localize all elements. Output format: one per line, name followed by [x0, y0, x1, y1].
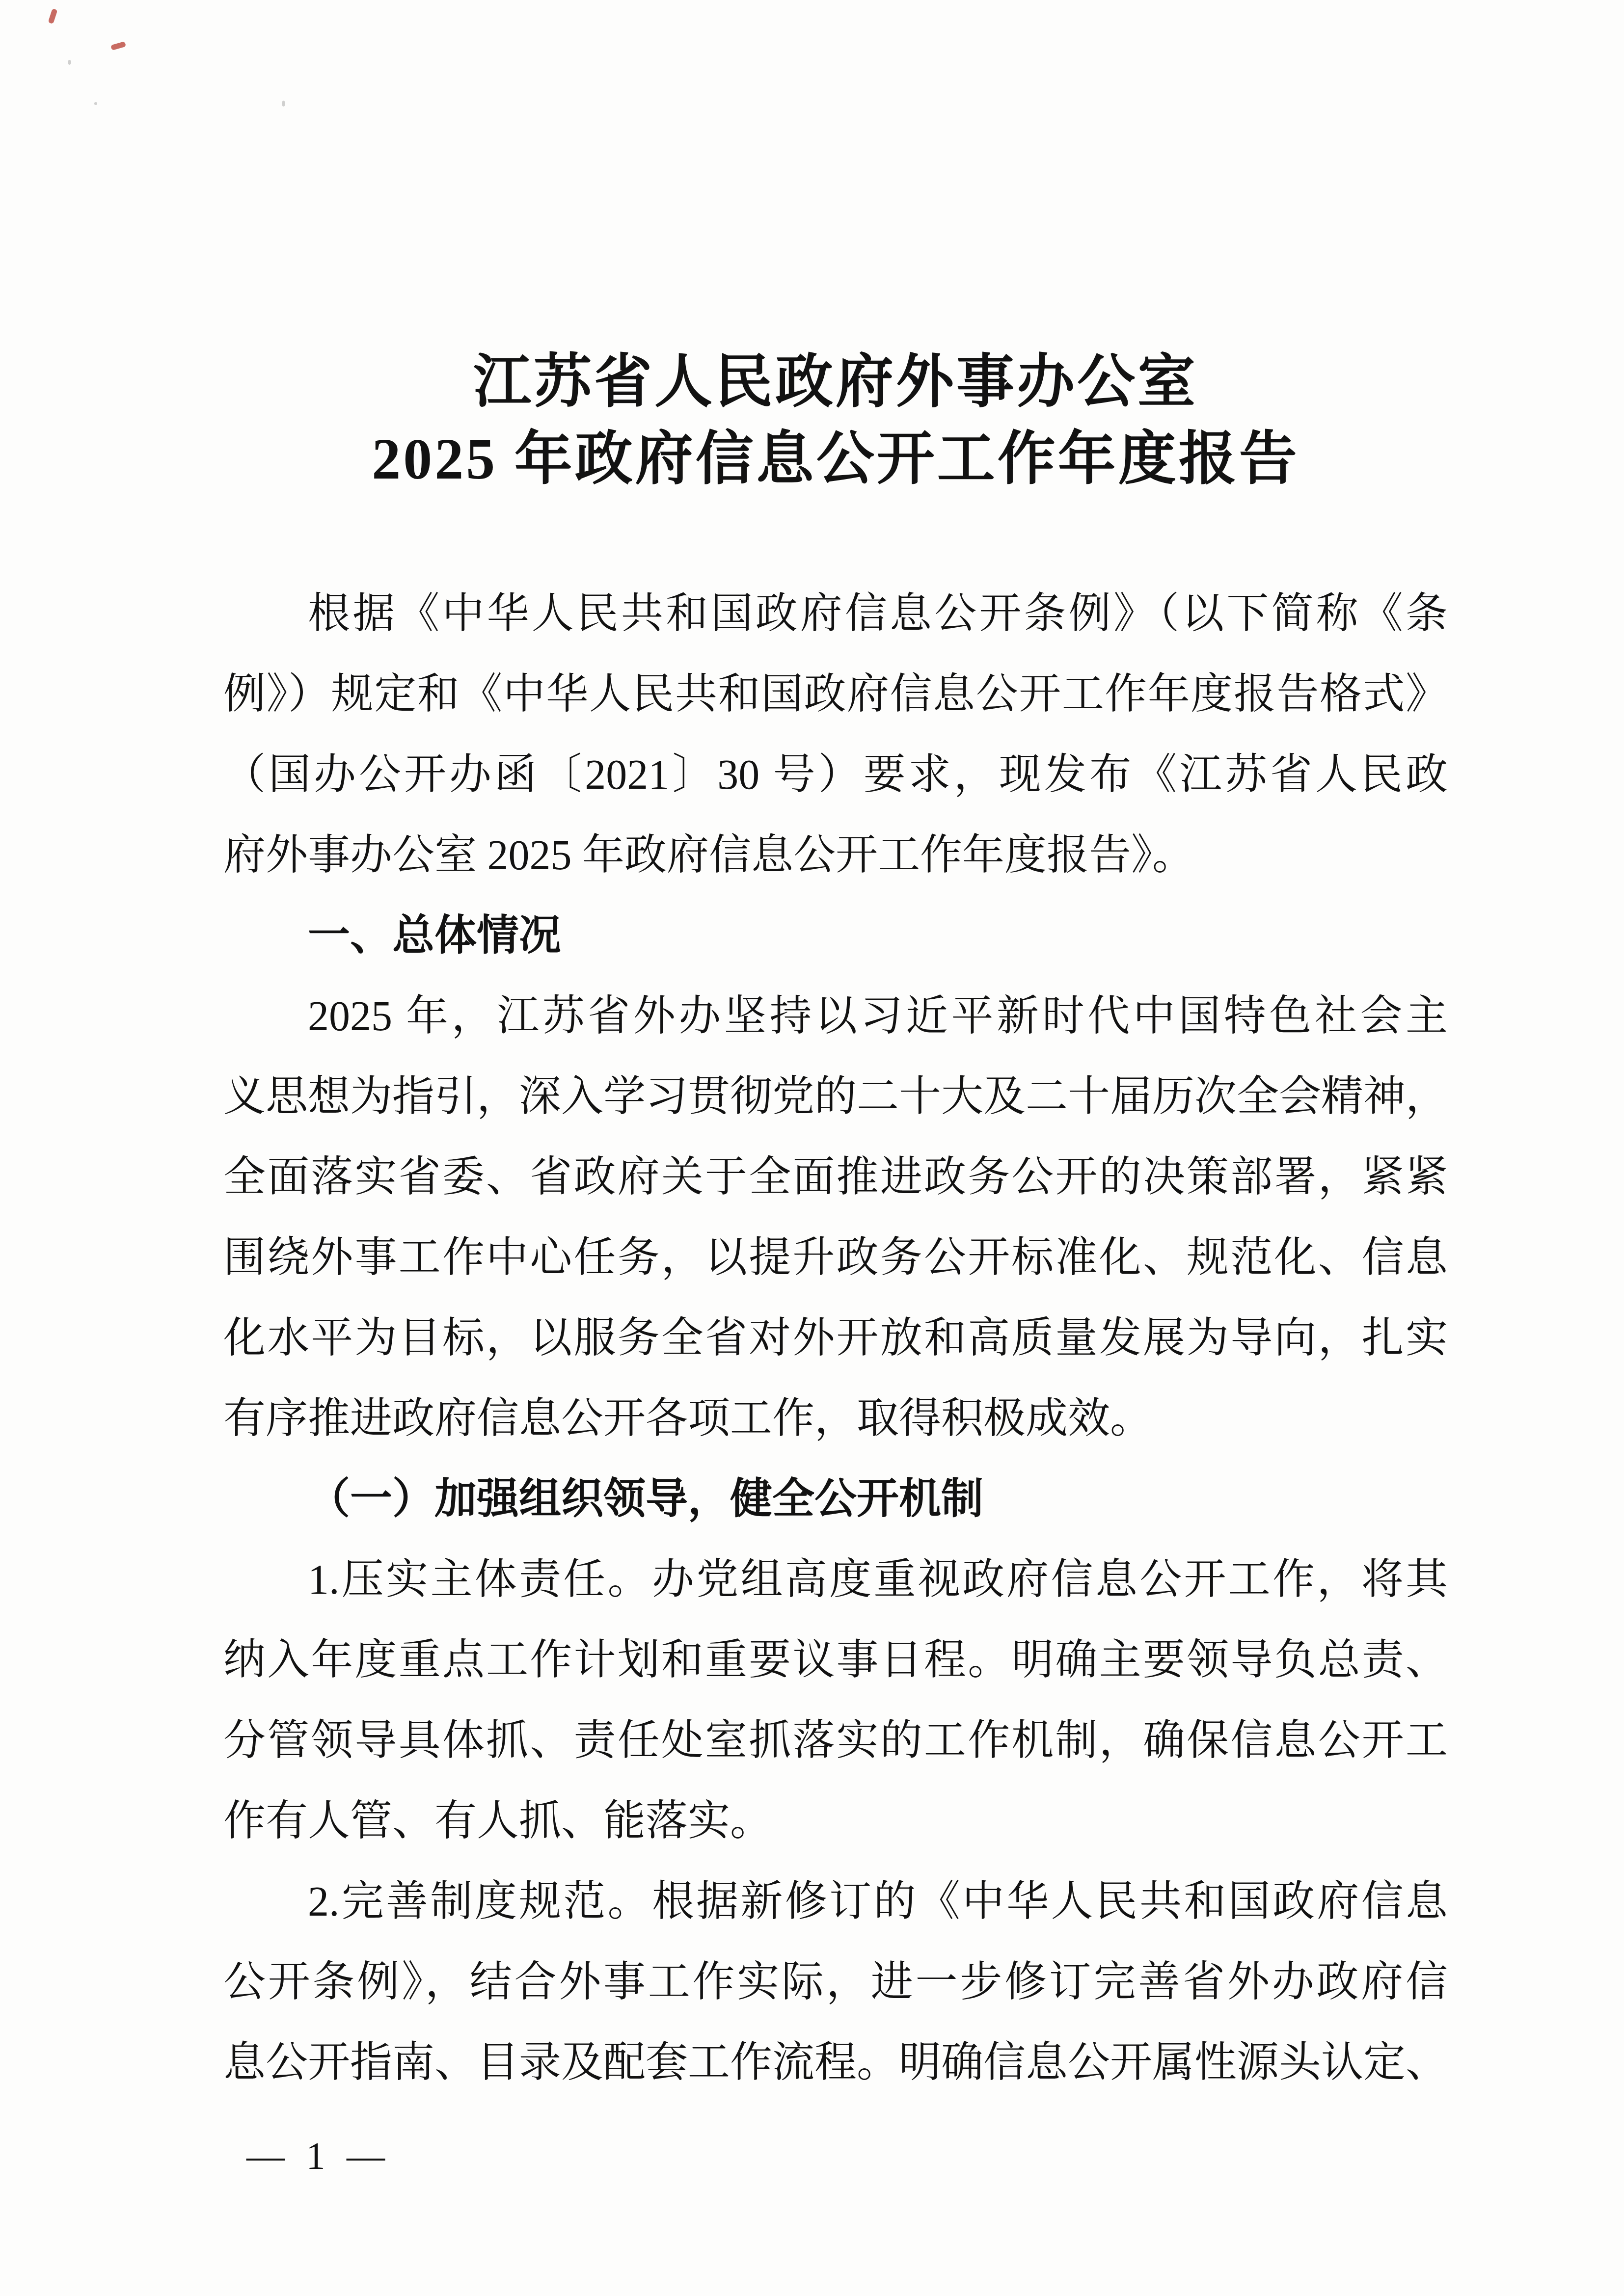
document-page: 江苏省人民政府外事办公室 2025 年政府信息公开工作年度报告 根据《中华人民共…: [0, 0, 1624, 2296]
red-pen-mark: [48, 8, 58, 24]
body-text-line: 根据《中华人民共和国政府信息公开条例》（以下简称《条: [223, 573, 1448, 654]
body-text-line: 化水平为目标，以服务全省对外开放和高质量发展为导向，扎实: [223, 1298, 1448, 1378]
page-number: — 1 —: [246, 2136, 391, 2175]
body-text-line: （国办公开办函〔2021〕30 号）要求，现发布《江苏省人民政: [223, 734, 1448, 815]
body-text-line: 公开条例》，结合外事工作实际，进一步修订完善省外办政府信: [223, 1942, 1448, 2022]
red-pen-mark: [110, 41, 126, 51]
body-text-line: 2.完善制度规范。根据新修订的《中华人民共和国政府信息: [223, 1861, 1448, 1942]
body-text-line: 息公开指南、目录及配套工作流程。明确信息公开属性源头认定、: [223, 2022, 1448, 2103]
body-text-line: 纳入年度重点工作计划和重要议事日程。明确主要领导负总责、: [223, 1620, 1448, 1700]
document-title: 江苏省人民政府外事办公室 2025 年政府信息公开工作年度报告: [223, 344, 1448, 498]
body-text-line: 义思想为指引，深入学习贯彻党的二十大及二十届历次全会精神，: [223, 1056, 1448, 1137]
title-line-1: 江苏省人民政府外事办公室: [223, 344, 1448, 421]
body-text-line: 府外事办公室 2025 年政府信息公开工作年度报告》。: [223, 815, 1448, 895]
section-heading: 一、总体情况: [223, 895, 1448, 976]
body-text-line: 2025 年，江苏省外办坚持以习近平新时代中国特色社会主: [223, 976, 1448, 1056]
scan-speck: [94, 102, 97, 105]
body-text-line: 分管领导具体抓、责任处室抓落实的工作机制，确保信息公开工: [223, 1700, 1448, 1781]
document-body: 根据《中华人民共和国政府信息公开条例》（以下简称《条例》）规定和《中华人民共和国…: [223, 573, 1448, 2103]
subsection-heading: （一）加强组织领导，健全公开机制: [223, 1459, 1448, 1539]
body-text-line: 作有人管、有人抓、能落实。: [223, 1781, 1448, 1861]
title-line-2: 2025 年政府信息公开工作年度报告: [223, 421, 1448, 498]
body-text-line: 有序推进政府信息公开各项工作，取得积极成效。: [223, 1378, 1448, 1459]
body-text-line: 例》）规定和《中华人民共和国政府信息公开工作年度报告格式》: [223, 654, 1448, 734]
body-text-line: 1.压实主体责任。办党组高度重视政府信息公开工作，将其: [223, 1539, 1448, 1620]
scan-speck: [282, 101, 285, 107]
body-text-line: 围绕外事工作中心任务，以提升政务公开标准化、规范化、信息: [223, 1217, 1448, 1298]
scan-speck: [68, 60, 71, 65]
body-text-line: 全面落实省委、省政府关于全面推进政务公开的决策部署，紧紧: [223, 1137, 1448, 1217]
